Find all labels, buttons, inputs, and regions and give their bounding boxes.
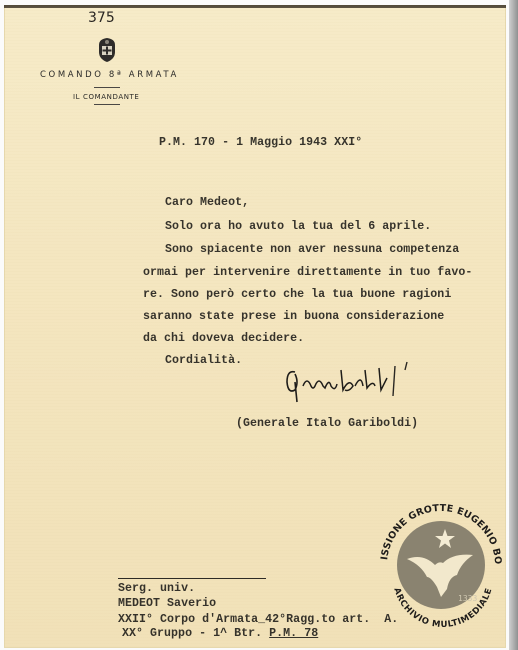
svg-text:1333: 1333 (458, 594, 477, 603)
letterhead-divider (94, 87, 120, 88)
letterhead-title: COMANDO 8ª ARMATA (40, 70, 179, 80)
salutation: Caro Medeot, (165, 196, 249, 209)
body-line: saranno state prese in buona considerazi… (143, 310, 444, 323)
recipient-pm: P.M. 78 (269, 627, 318, 640)
dateline: P.M. 170 - 1 Maggio 1943 XXI° (159, 136, 362, 149)
body-line: Sono spiacente non aver nessuna competen… (165, 243, 459, 256)
recipient-unit: XXII° Corpo d'Armata_42°Ragg.to art. A. (118, 613, 398, 626)
recipient-rank: Serg. univ. (118, 582, 195, 595)
recipient-rule (118, 578, 266, 579)
body-line: ormai per intervenire direttamente in tu… (143, 266, 472, 279)
savoy-coat-of-arms-icon (95, 37, 119, 63)
body-line: re. Sono però certo che la tua buone rag… (143, 288, 451, 301)
recipient-group: XX° Gruppo - 1^ Btr. P.M. 78 (122, 627, 318, 640)
closing: Cordialità. (165, 354, 242, 367)
signatory: (Generale Italo Gariboldi) (236, 417, 418, 430)
body-line: da chi doveva decidere. (143, 332, 304, 345)
letterhead-divider (94, 104, 120, 105)
recipient-name: MEDEOT Saverio (118, 597, 216, 610)
archive-number: 375 (88, 10, 115, 26)
recipient-group-text: XX° Gruppo - 1^ Btr. (122, 627, 269, 640)
letterhead-subtitle: IL COMANDANTE (73, 93, 139, 101)
body-line: Solo ora ho avuto la tua del 6 aprile. (165, 220, 431, 233)
scan-edge (509, 0, 518, 650)
archive-stamp: COMMISSIONE GROTTE EUGENIO BOEGAN ARCHIV… (373, 493, 508, 628)
handwritten-signature (283, 360, 433, 408)
